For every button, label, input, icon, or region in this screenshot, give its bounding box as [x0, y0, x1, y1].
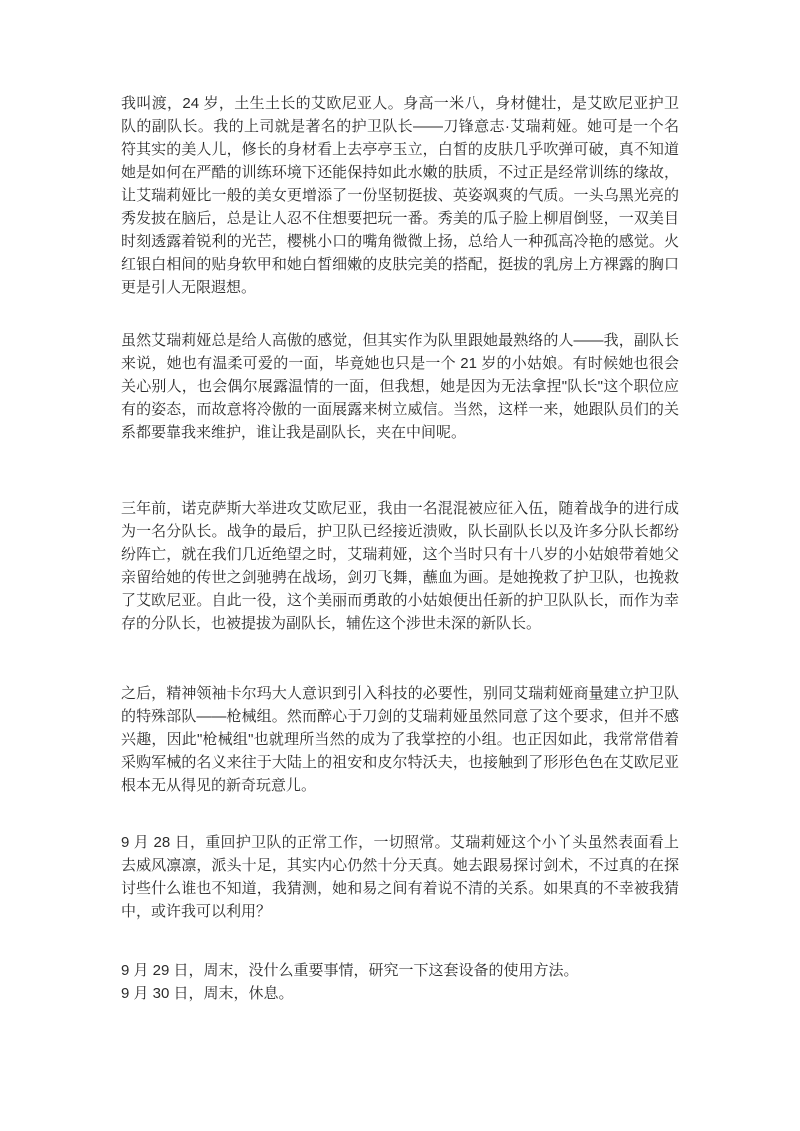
paragraph: 9 月 28 日，重回护卫队的正常工作，一切照常。艾瑞莉娅这个小丫头虽然表面看上… [121, 831, 679, 923]
paragraph: 我叫渡，24 岁，土生土长的艾欧尼亚人。身高一米八，身材健壮，是艾欧尼亚护卫队的… [121, 92, 679, 299]
paragraph: 三年前，诺克萨斯大举进攻艾欧尼亚，我由一名混混被应征入伍，随着战争的进行成为一名… [121, 497, 679, 635]
text-content: 我叫渡，24 岁，土生土长的艾欧尼亚人。身高一米八，身材健壮，是艾欧尼亚护卫队的… [121, 92, 679, 1005]
paragraph: 9 月 29 日，周末，没什么重要事情，研究一下这套设备的使用方法。 [121, 959, 679, 982]
paragraph: 之后，精神领袖卡尔玛大人意识到引入科技的必要性，别同艾瑞莉娅商量建立护卫队的特殊… [121, 682, 679, 797]
document-page: 我叫渡，24 岁，土生土长的艾欧尼亚人。身高一米八，身材健壮，是艾欧尼亚护卫队的… [0, 0, 800, 1131]
paragraph: 虽然艾瑞莉娅总是给人高傲的感觉，但其实作为队里跟她最熟络的人——我，副队长来说，… [121, 329, 679, 444]
paragraph: 9 月 30 日，周末，休息。 [121, 982, 679, 1005]
